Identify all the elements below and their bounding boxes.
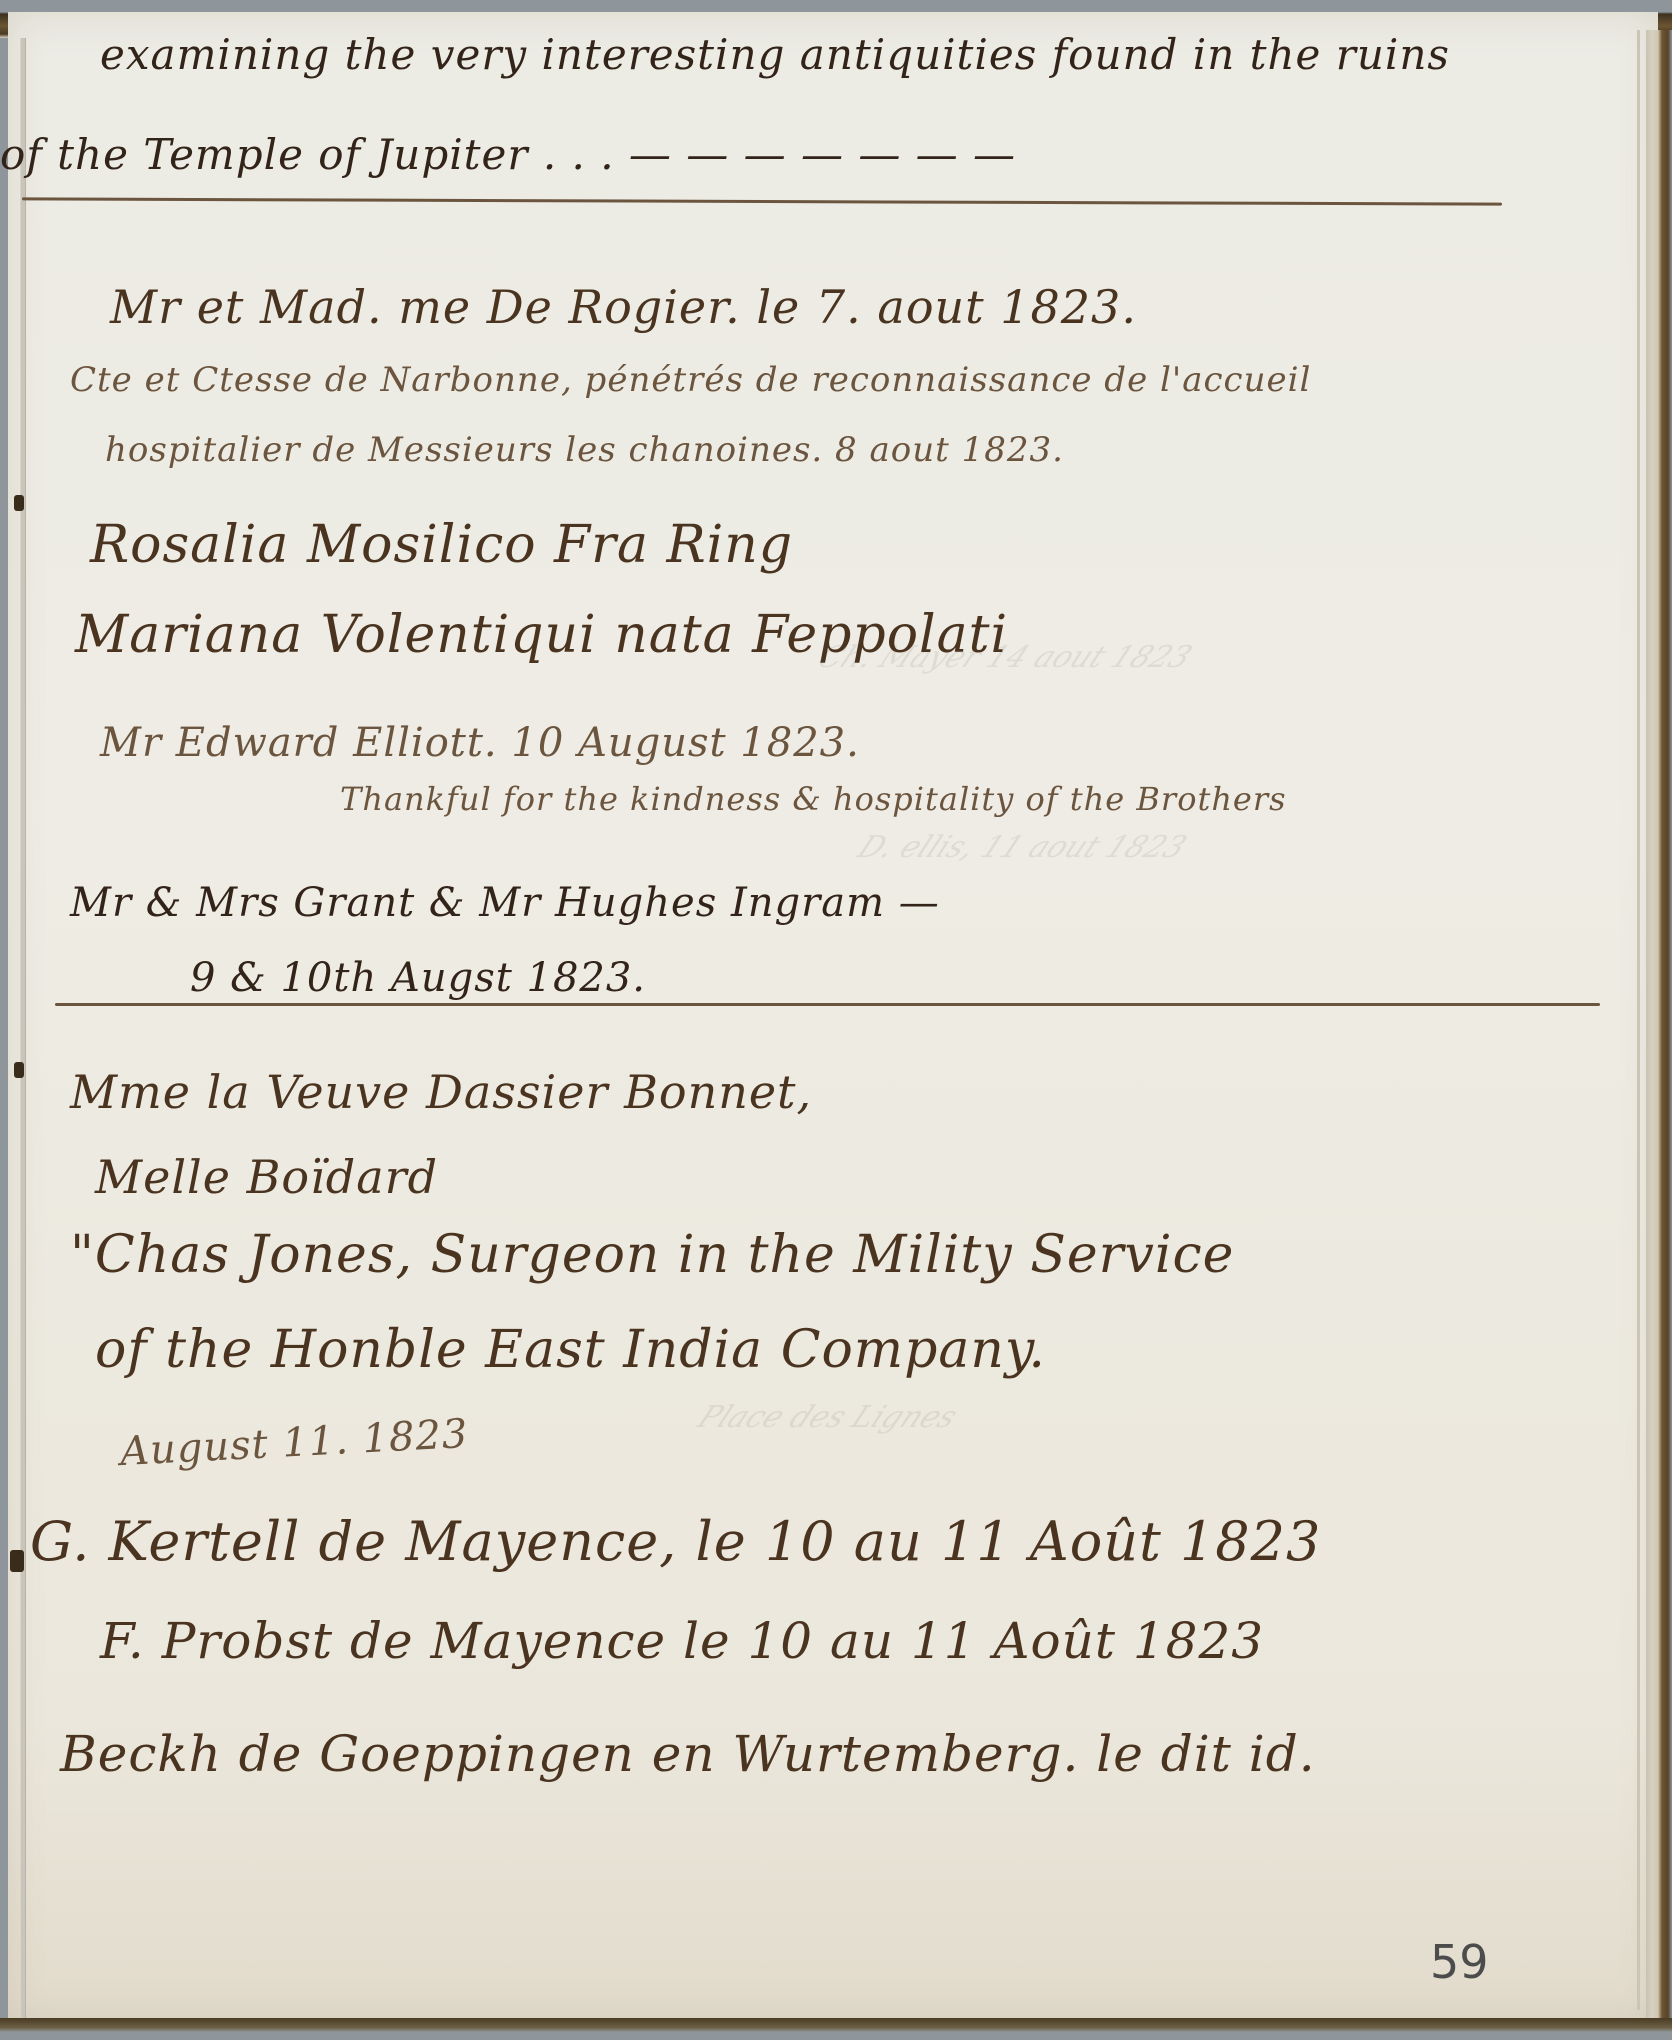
binding-hole [14,1062,24,1078]
entry-line: hospitalier de Messieurs les chanoines. … [105,430,1064,470]
entry-line: Cte et Ctesse de Narbonne, pénétrés de r… [70,360,1311,400]
entry-line: 9 & 10th Augst 1823. [190,955,646,1001]
bleed-through-text: D. ellis, 11 aout 1823 [852,830,1192,865]
separator-rule [55,1003,1600,1006]
entry-line: "Chas Jones, Surgeon in the Mility Servi… [70,1225,1234,1285]
entry-line: F. Probst de Mayence le 10 au 11 Août 18… [100,1612,1264,1670]
book-bottom-edge [0,2018,1672,2040]
entry-line: Melle Boïdard [95,1150,438,1204]
binding-hole [10,1550,24,1572]
page-edge-line [1637,30,1640,2010]
entry-line: of the Temple of Jupiter . . . — — — — —… [0,130,1016,179]
entry-line: Beckh de Goeppingen en Wurtemberg. le di… [60,1725,1316,1783]
entry-line: Mme la Veuve Dassier Bonnet, [70,1065,812,1119]
entry-line: Mr Edward Elliott. 10 August 1823. [100,720,860,766]
bleed-through-text: Place des Lignes [692,1400,963,1435]
book-right-edge [1646,30,1672,2020]
binding-hole [14,495,24,511]
entry-line: examining the very interesting antiquiti… [100,30,1450,79]
entry-line: of the Honble East India Company. [95,1320,1046,1380]
page-number: 59 [1430,1935,1489,1989]
entry-line: Rosalia Mosilico Fra Ring [90,515,793,575]
gutter-fold [20,38,26,2028]
entry-line: Mr et Mad. me De Rogier. le 7. aout 1823… [110,280,1137,334]
entry-line: Mariana Volentiqui nata Feppolati [75,605,1008,665]
entry-line: G. Kertell de Mayence, le 10 au 11 Août … [30,1510,1321,1573]
entry-line: Thankful for the kindness & hospitality … [340,780,1287,818]
entry-line: Mr & Mrs Grant & Mr Hughes Ingram — [70,880,940,926]
